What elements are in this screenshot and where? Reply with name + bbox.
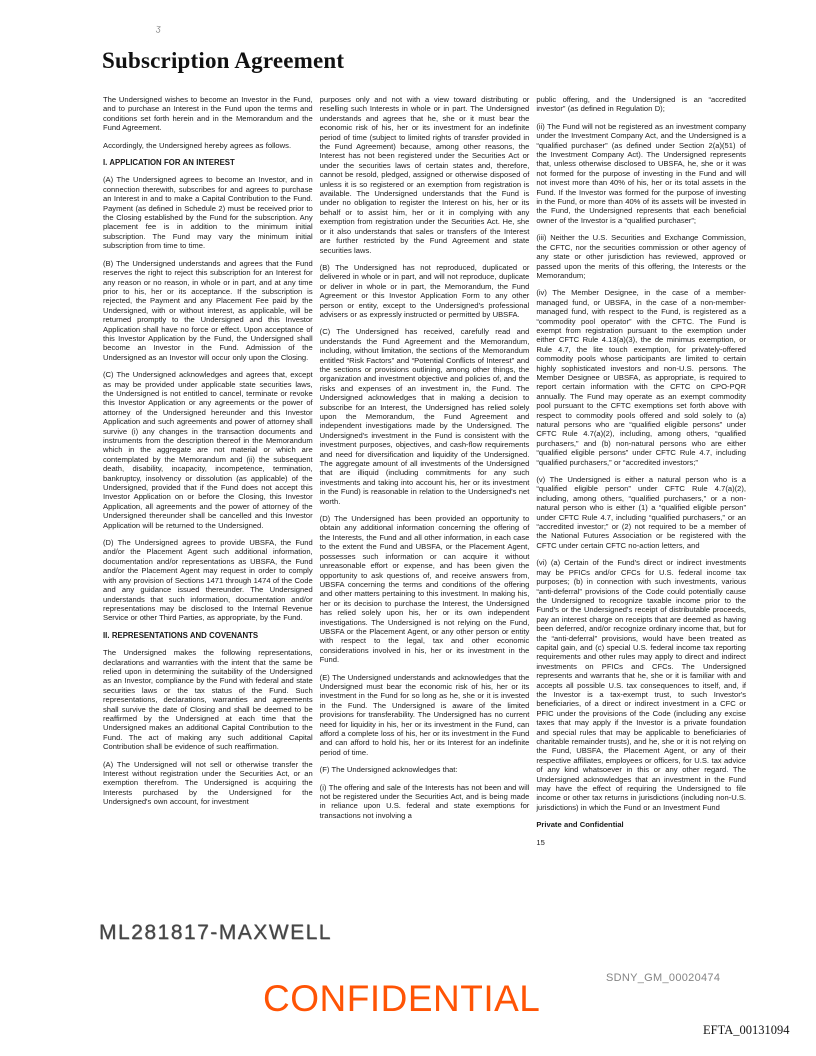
paragraph: (C) The Undersigned has received, carefu…: [320, 327, 530, 506]
paragraph: (D) The Undersigned has been provided an…: [320, 514, 530, 665]
paragraph: (F) The Undersigned acknowledges that:: [320, 765, 530, 774]
paragraph: (B) The Undersigned has not reproduced, …: [320, 263, 530, 319]
bates-number-sdny: SDNY_GM_00020474: [606, 972, 720, 984]
paragraph: (E) The Undersigned understands and ackn…: [320, 673, 530, 758]
column-2: purposes only and not with a view toward…: [320, 95, 530, 855]
column-1: The Undersigned wishes to become an Inve…: [103, 95, 313, 855]
paragraph: (vi) (a) Certain of the Fund's direct or…: [536, 558, 746, 812]
paragraph: (i) The offering and sale of the Interes…: [320, 783, 530, 821]
paragraph: (iii) Neither the U.S. Securities and Ex…: [536, 233, 746, 280]
bates-number-efta: EFTA_00131094: [703, 1023, 790, 1038]
section-heading-representations: II. REPRESENTATIONS AND COVENANTS: [103, 631, 313, 640]
section-heading-application: I. APPLICATION FOR AN INTEREST: [103, 158, 313, 167]
column-3: public offering, and the Undersigned is …: [536, 95, 746, 855]
paragraph: purposes only and not with a view toward…: [320, 95, 530, 255]
paragraph: (C) The Undersigned acknowledges and agr…: [103, 370, 313, 530]
scan-artifact-mark: ʒ: [155, 23, 162, 34]
confidential-stamp: CONFIDENTIAL: [263, 978, 540, 1020]
confidentiality-notice: Private and Confidential: [536, 820, 746, 829]
document-page: ʒ Subscription Agreement The Undersigned…: [0, 0, 816, 1056]
page-title: Subscription Agreement: [102, 48, 344, 74]
paragraph: (D) The Undersigned agrees to provide UB…: [103, 538, 313, 623]
paragraph: (v) The Undersigned is either a natural …: [536, 475, 746, 550]
paragraph: The Undersigned makes the following repr…: [103, 648, 313, 751]
page-number: 15: [536, 838, 746, 847]
paragraph: public offering, and the Undersigned is …: [536, 95, 746, 114]
paragraph: (ii) The Fund will not be registered as …: [536, 122, 746, 225]
paragraph: (A) The Undersigned agrees to become an …: [103, 175, 313, 250]
paragraph: (iv) The Member Designee, in the case of…: [536, 288, 746, 467]
text-columns: The Undersigned wishes to become an Inve…: [103, 95, 746, 855]
watermark-text: ML281817-MAXWELL: [99, 921, 332, 945]
paragraph: (A) The Undersigned will not sell or oth…: [103, 760, 313, 807]
paragraph: Accordingly, the Undersigned hereby agre…: [103, 141, 313, 150]
paragraph: The Undersigned wishes to become an Inve…: [103, 95, 313, 133]
paragraph: (B) The Undersigned understands and agre…: [103, 259, 313, 362]
